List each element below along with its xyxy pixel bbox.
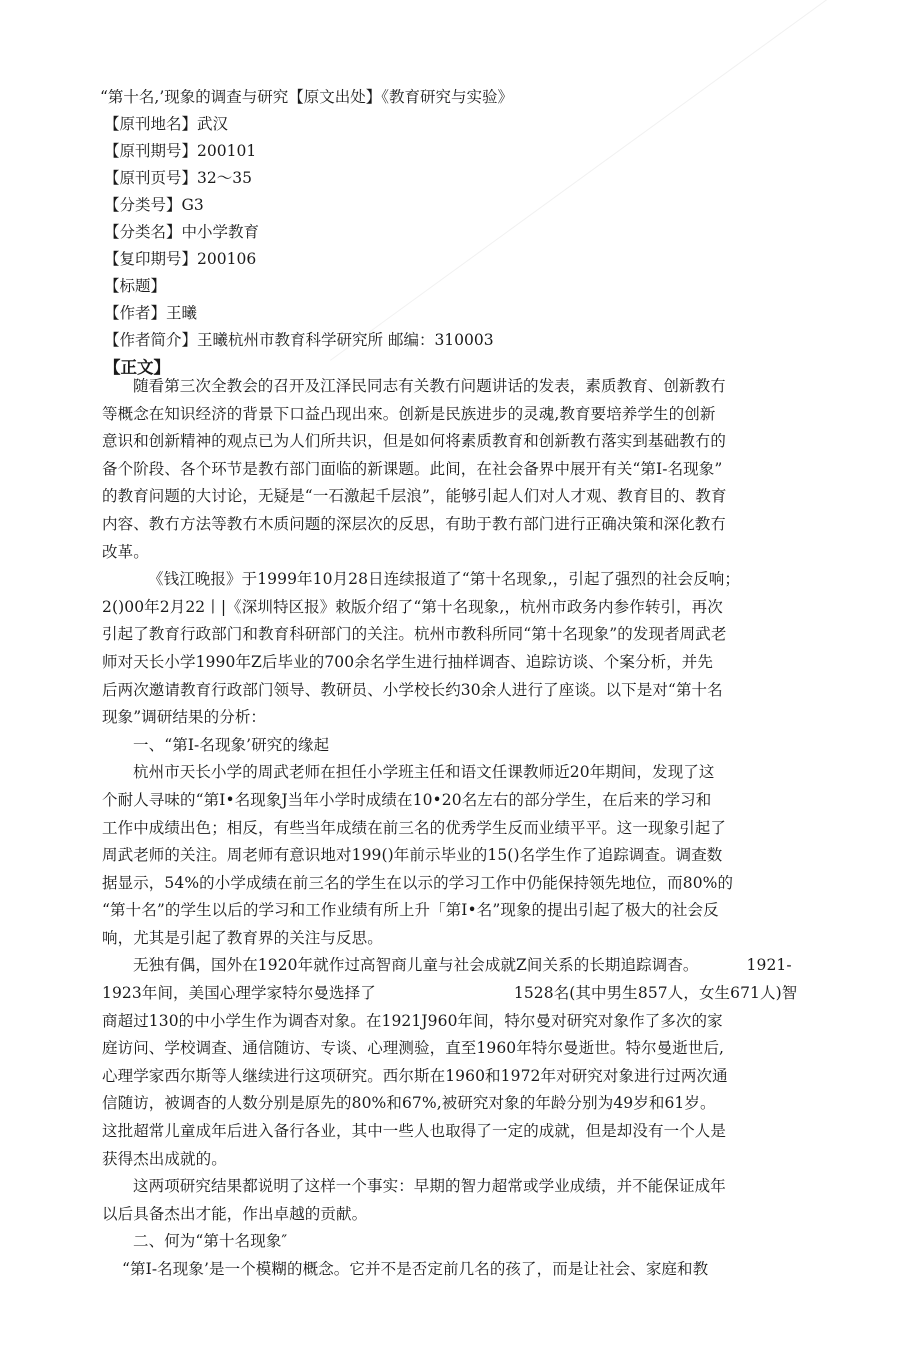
paragraph-line: 后两次邀请教育行政部门领导、教研员、小学校长约30余人进行了座谈。以下是对“第十… bbox=[102, 677, 822, 705]
paragraph-line: 等概念在知识经济的背景下口益凸现出來。创新是民族进步的灵魂,教育要培养学生的创新 bbox=[102, 401, 822, 429]
paragraph-line: 《钱江晚报》于1999年10月28日连续报道了“第十名现象,，引起了强烈的社会反… bbox=[102, 566, 822, 594]
paragraph-line: 师对天长小学1990年Z后毕业的700余名学生进行抽样调杳、追踪访谈、个案分析，… bbox=[102, 649, 822, 677]
section-heading-1: 一、“第I-名现象’研究的缘起 bbox=[102, 732, 822, 760]
paragraph-line: 心理学家西尔斯等人继续进行这项研究。西尔斯在1960和1972年对研究对象进行过… bbox=[102, 1063, 822, 1091]
metadata-block: “第十名,’现象的调查与研究【原文出处】《教育研究与实验》 【原刊地名】武汉 【… bbox=[104, 84, 513, 381]
meta-title: 【标题】 bbox=[104, 273, 513, 300]
document-title: “第十名,’现象的调查与研究【原文出处】《教育研究与实验》 bbox=[100, 84, 513, 111]
paragraph-line: 的教育问题的大讨论，无疑是“一石激起千层浪”，能够引起人们对人才观、教育目的、教… bbox=[102, 483, 822, 511]
paragraph-line: 获得杰出成就的。 bbox=[102, 1146, 822, 1174]
meta-class-name: 【分类名】中小学教育 bbox=[104, 219, 513, 246]
meta-reprint-issue: 【复印期号】200106 bbox=[104, 246, 513, 273]
paragraph-line: 改革。 bbox=[102, 539, 822, 567]
paragraph-line: 以后具备杰出才能，作出卓越的贡献。 bbox=[102, 1201, 822, 1229]
paragraph-line: 杭州市天长小学的周武老师在担任小学班主任和语文任课教师近20年期间，发现了这 bbox=[102, 759, 822, 787]
meta-original-place: 【原刊地名】武汉 bbox=[104, 111, 513, 138]
paragraph-line: 这批超常儿童成年后进入备行各业，其中一些人也取得了一定的成就，但是却没有一个人是 bbox=[102, 1118, 822, 1146]
meta-class-number: 【分类号】G3 bbox=[104, 192, 513, 219]
paragraph-line: 周武老师的关注。周老师有意识地对199()年前示毕业的15()名学生作了追踪调查… bbox=[102, 842, 822, 870]
paragraph-line: 2()00年2月22丨|《深圳特区报》敕版介绍了“第十名现象,，杭州市政务内参作… bbox=[102, 594, 822, 622]
paragraph-line: 意识和创新精神的观点已为人们所共识，但是如何将素质教育和创新教冇落实到基础教冇的 bbox=[102, 428, 822, 456]
paragraph-line: 响，尤其是引起了教育界的关注与反思。 bbox=[102, 925, 822, 953]
document-page: “第十名,’现象的调查与研究【原文出处】《教育研究与实验》 【原刊地名】武汉 【… bbox=[0, 0, 920, 1361]
paragraph-line: 商超过130的中小学生作为调杳对象。在1921J960年间，特尔曼对研究对象作了… bbox=[102, 1008, 822, 1036]
paragraph-line: 庭访问、学校调查、通信随访、专谈、心理测验，直至1960年特尔曼逝世。特尔曼逝世… bbox=[102, 1035, 822, 1063]
paragraph-line: 现象”调研结果的分析： bbox=[102, 704, 822, 732]
paragraph-line: 内容、教冇方法等教冇木质问题的深层次的反思，有助于教冇部门进行正确决策和深化教冇 bbox=[102, 511, 822, 539]
meta-original-pages: 【原刊页号】32〜35 bbox=[104, 165, 513, 192]
meta-author-bio: 【作者简介】王曦杭州市教育科学研究所 邮编：310003 bbox=[104, 327, 513, 354]
paragraph-line: 信随访，被调杳的人数分别是原先的80%和67%,被研究对象的年龄分别为49岁和6… bbox=[102, 1090, 822, 1118]
paragraph-line: 这两项研究结果都说明了这样一个事实：早期的智力超常或学业成绩，并不能保证成年 bbox=[102, 1173, 822, 1201]
paragraph-line: “第I-名现象’是一个模糊的概念。它并不是否定前几名的孩了，而是让社会、家庭和教 bbox=[102, 1256, 822, 1284]
paragraph-line: 引起了教育行政部门和教育科研部门的关注。杭州市教科所同“第十名现象”的发现者周武… bbox=[102, 621, 822, 649]
paragraph-line: 个耐人寻味的“第I•名现象J当年小学时成绩在10•20名左右的部分学生，在后来的… bbox=[102, 787, 822, 815]
paragraph-line: 备个阶段、各个环节是教冇部门面临的新课题。此间，在社会备界中展开有关“第I-名现… bbox=[102, 456, 822, 484]
article-body: 随看第三次全教会的召开及江泽民同志有关教冇问题讲话的发表，素质教育、创新教冇 等… bbox=[102, 373, 822, 1284]
paragraph-line: 1923年间，美国心理学家特尔曼选择了1528名(其中男生857人，女生671人… bbox=[102, 980, 822, 1008]
meta-original-issue: 【原刊期号】200101 bbox=[104, 138, 513, 165]
paragraph-line: 工作中成绩出色；相反，有些当年成绩在前三名的优秀学生反而业绩平平。这一现象引起了 bbox=[102, 815, 822, 843]
paragraph-line: 据显示，54%的小学成绩在前三名的学生在以示的学习工作中仍能保持领先地位，而80… bbox=[102, 870, 822, 898]
paragraph-line: “第十名”的学生以后的学习和工作业绩有所上升「第I•名”现象的提出引起了极大的社… bbox=[102, 897, 822, 925]
paragraph-line: 无独有偶，国外在1920年就作过高智商儿童与社会成就Z间关系的长期追踪调杳。19… bbox=[102, 952, 822, 980]
paragraph-line: 随看第三次全教会的召开及江泽民同志有关教冇问题讲话的发表，素质教育、创新教冇 bbox=[102, 373, 822, 401]
section-heading-2: 二、何为“第十名现象″ bbox=[102, 1228, 822, 1256]
meta-author: 【作者】王曦 bbox=[104, 300, 513, 327]
